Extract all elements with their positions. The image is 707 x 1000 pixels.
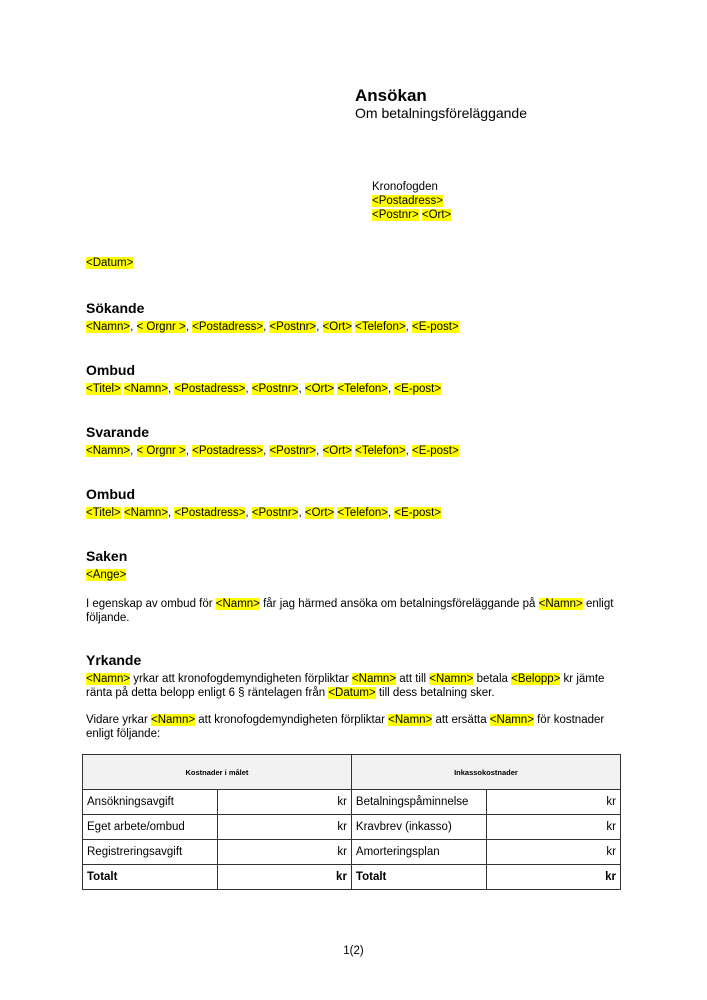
placeholder-field[interactable]: <Ort> [323,321,352,333]
cost-amount-cell[interactable]: kr [217,815,351,840]
placeholder-field[interactable]: <Namn> [124,507,168,519]
cost-label: Registreringsavgift [83,840,218,865]
placeholder-field[interactable]: <Namn> [86,321,130,333]
recipient-postaddress-field[interactable]: <Postadress> [372,195,443,207]
placeholder-field[interactable]: <Namn> [86,445,130,457]
date-field[interactable]: <Datum> [328,687,375,699]
date-field[interactable]: <Datum> [86,257,133,269]
placeholder-field[interactable]: <E-post> [394,507,441,519]
cost-label: Betalningspåminnelse [351,790,486,815]
cost-table: Kostnader i målet Inkassokostnader Ansök… [82,754,621,890]
table-row: RegistreringsavgiftkrAmorteringsplankr [83,840,621,865]
placeholder-field[interactable]: <Namn> [124,383,168,395]
recipient-ort-field[interactable]: <Ort> [422,209,451,221]
cost-amount-cell[interactable]: kr [486,865,620,890]
placeholder-field[interactable]: <Postnr> [252,383,299,395]
section-heading: Saken [86,548,127,564]
name-field[interactable]: <Namn> [429,673,473,685]
placeholder-field[interactable]: <Postadress> [192,445,263,457]
placeholder-field[interactable]: <Postnr> [269,445,316,457]
section-ombud-sokande: Ombud <Titel> <Namn>, <Postadress>, <Pos… [86,362,441,396]
section-saken: Saken <Ange> [86,548,127,582]
placeholder-field[interactable]: <E-post> [394,383,441,395]
document-title: Ansökan [355,86,427,106]
intro-paragraph: I egenskap av ombud för <Namn> får jag h… [86,597,624,625]
placeholder-field[interactable]: <Telefon> [337,383,388,395]
table-row: Eget arbete/ombudkrKravbrev (inkasso)kr [83,815,621,840]
section-svarande: Svarande <Namn>, < Orgnr >, <Postadress>… [86,424,459,458]
cost-label: Eget arbete/ombud [83,815,218,840]
document-subtitle: Om betalningsföreläggande [355,105,527,121]
placeholder-field[interactable]: <Postadress> [192,321,263,333]
cost-label: Kravbrev (inkasso) [351,815,486,840]
placeholder-field[interactable]: <E-post> [412,445,459,457]
placeholder-field[interactable]: <Titel> [86,383,121,395]
placeholder-field[interactable]: <Titel> [86,507,121,519]
cost-amount-cell[interactable]: kr [217,790,351,815]
name-field[interactable]: <Namn> [539,598,583,610]
section-yrkande: Yrkande <Namn> yrkar att kronofogdemyndi… [86,652,624,700]
section-heading: Ombud [86,362,441,378]
placeholder-field[interactable]: <Ort> [305,383,334,395]
cost-amount-cell[interactable]: kr [217,865,351,890]
placeholder-field[interactable]: <E-post> [412,321,459,333]
yrkande-paragraph-2: Vidare yrkar <Namn> att kronofogdemyndig… [86,713,624,741]
table-header-court-costs: Kostnader i målet [83,755,352,790]
name-field[interactable]: <Namn> [216,598,260,610]
placeholder-field[interactable]: <Ort> [323,445,352,457]
cost-amount-cell[interactable]: kr [486,840,620,865]
placeholder-field[interactable]: < Orgnr > [137,321,186,333]
yrkande-paragraph-1: <Namn> yrkar att kronofogdemyndigheten f… [86,672,624,700]
cost-label: Amorteringsplan [351,840,486,865]
placeholder-field[interactable]: <Telefon> [337,507,388,519]
name-field[interactable]: <Namn> [86,673,130,685]
section-heading: Ombud [86,486,441,502]
placeholder-field[interactable]: <Ort> [305,507,334,519]
name-field[interactable]: <Namn> [352,673,396,685]
placeholder-field[interactable]: <Postadress> [174,507,245,519]
recipient-postnr-field[interactable]: <Postnr> [372,209,419,221]
cost-amount-cell[interactable]: kr [217,840,351,865]
section-ombud-svarande: Ombud <Titel> <Namn>, <Postadress>, <Pos… [86,486,441,520]
saken-field[interactable]: <Ange> [86,569,126,581]
section-heading: Svarande [86,424,459,440]
placeholder-field[interactable]: < Orgnr > [137,445,186,457]
section-heading: Yrkande [86,652,624,668]
placeholder-field[interactable]: <Postadress> [174,383,245,395]
table-row: AnsökningsavgiftkrBetalningspåminnelsekr [83,790,621,815]
placeholder-field[interactable]: <Postnr> [252,507,299,519]
table-header-collection-costs: Inkassokostnader [351,755,620,790]
cost-label: Ansökningsavgift [83,790,218,815]
cost-label: Totalt [351,865,486,890]
section-sokande: Sökande <Namn>, < Orgnr >, <Postadress>,… [86,300,459,334]
section-heading: Sökande [86,300,459,316]
name-field[interactable]: <Namn> [490,714,534,726]
placeholder-field[interactable]: <Telefon> [355,445,406,457]
recipient-name: Kronofogden [372,180,451,194]
cost-amount-cell[interactable]: kr [486,790,620,815]
placeholder-field[interactable]: <Telefon> [355,321,406,333]
cost-label: Totalt [83,865,218,890]
table-row: TotaltkrTotaltkr [83,865,621,890]
amount-field[interactable]: <Belopp> [511,673,560,685]
name-field[interactable]: <Namn> [388,714,432,726]
name-field[interactable]: <Namn> [151,714,195,726]
cost-amount-cell[interactable]: kr [486,815,620,840]
recipient-address: Kronofogden <Postadress> <Postnr> <Ort> [372,180,451,222]
placeholder-field[interactable]: <Postnr> [269,321,316,333]
page-number: 1(2) [0,945,707,957]
